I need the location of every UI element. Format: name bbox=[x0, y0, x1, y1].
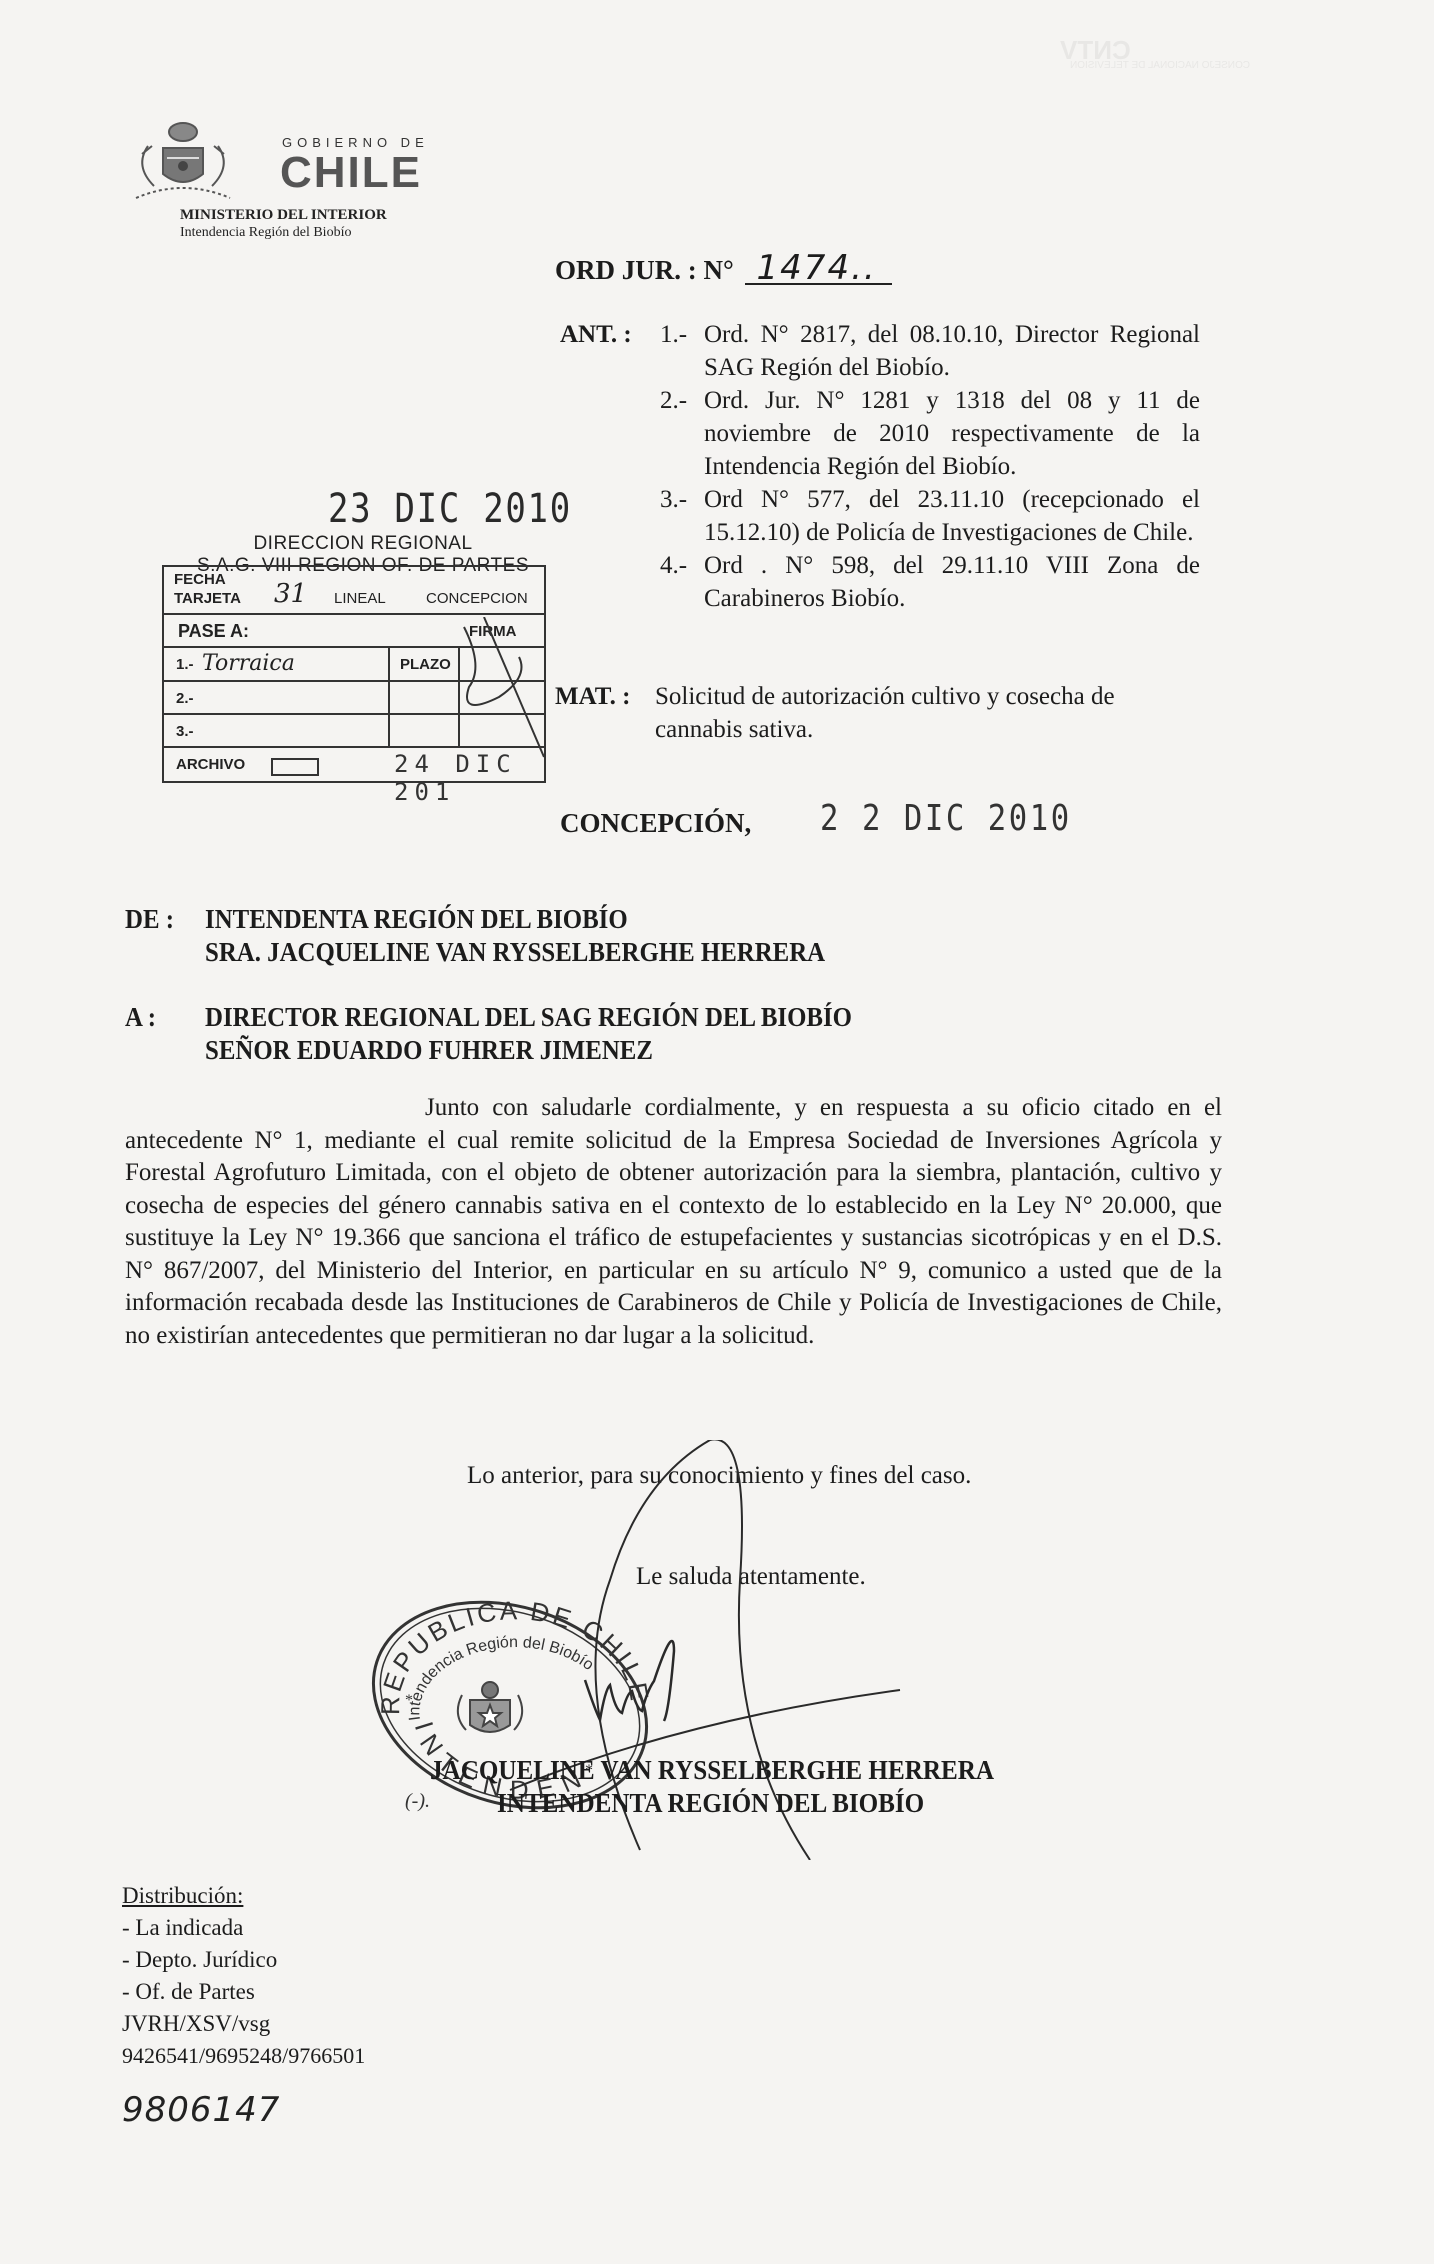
subject-block: MAT. : Solicitud de autorización cultivo… bbox=[555, 680, 1205, 746]
antecedent-item: 3.- Ord N° 577, del 23.11.10 (recepciona… bbox=[660, 483, 1200, 549]
distribution-item: - Of. de Partes bbox=[122, 1976, 365, 2008]
antecedent-text: Ord. N° 2817, del 08.10.10, Director Reg… bbox=[704, 318, 1200, 384]
distribution-item: - Depto. Jurídico bbox=[122, 1944, 365, 1976]
handwritten-number: 9806147 bbox=[122, 2090, 280, 2130]
ord-number-handwritten: 1474.. bbox=[745, 253, 892, 285]
svg-text:*: * bbox=[405, 1692, 413, 1709]
signatory-title: INTENDENTA REGIÓN DEL BIOBÍO bbox=[497, 1788, 924, 1819]
row3-label: 3.- bbox=[176, 723, 194, 740]
reception-stamp-box: FECHA TARJETA 31 LINEAL CONCEPCION PASE … bbox=[162, 565, 546, 783]
antecedent-text: Ord. Jur. N° 1281 y 1318 del 08 y 11 de … bbox=[704, 384, 1200, 483]
antecedent-number: 2.- bbox=[660, 384, 704, 483]
antecedent-item: 1.- Ord. N° 2817, del 08.10.10, Director… bbox=[660, 318, 1200, 384]
office-name: Intendencia Región del Biobío bbox=[180, 225, 351, 241]
lineal-label: LINEAL bbox=[334, 590, 386, 607]
stamp-divider bbox=[388, 648, 390, 748]
antecedents-label: ANT. : bbox=[560, 318, 660, 615]
antecedents-block: ANT. : 1.- Ord. N° 2817, del 08.10.10, D… bbox=[560, 318, 1200, 615]
distribution-item: - La indicada bbox=[122, 1912, 365, 1944]
stamp-initials-scribble bbox=[454, 617, 564, 767]
antecedent-number: 1.- bbox=[660, 318, 704, 384]
document-number-line: ORD JUR. : N° 1474.. bbox=[555, 253, 892, 286]
sender-block: DE : INTENDENTA REGIÓN DEL BIOBÍO SRA. J… bbox=[125, 903, 825, 969]
signatory-name: JACQUELINE VAN RYSSELBERGHE HERRERA bbox=[430, 1755, 994, 1786]
concepcion-label: CONCEPCION bbox=[426, 590, 528, 607]
antecedent-item: 2.- Ord. Jur. N° 1281 y 1318 del 08 y 11… bbox=[660, 384, 1200, 483]
reference-codes: 9426541/9695248/9766501 bbox=[122, 2040, 365, 2072]
tarjeta-handwritten: 31 bbox=[274, 579, 307, 609]
place-label: CONCEPCIÓN, bbox=[560, 808, 751, 839]
country-wordmark: CHILE bbox=[280, 148, 422, 198]
antecedent-text: Ord N° 577, del 23.11.10 (recepcionado e… bbox=[704, 483, 1200, 549]
bleed-through-text: CONSEJO NACIONAL DE TELEVISION bbox=[1070, 60, 1250, 71]
coat-of-arms-icon bbox=[128, 118, 238, 210]
recipient-label: A : bbox=[125, 1001, 205, 1067]
row2-label: 2.- bbox=[176, 690, 194, 707]
tarjeta-label: TARJETA bbox=[174, 590, 241, 607]
date-stamp: 2 2 DIC 2010 bbox=[820, 798, 1072, 839]
recipient-block: A : DIRECTOR REGIONAL DEL SAG REGIÓN DEL… bbox=[125, 1001, 852, 1067]
antecedent-number: 4.- bbox=[660, 549, 704, 615]
ministry-name: MINISTERIO DEL INTERIOR bbox=[180, 207, 387, 224]
recipient-line1: DIRECTOR REGIONAL DEL SAG REGIÓN DEL BIO… bbox=[205, 1001, 852, 1034]
reception-stamp-date: 23 DIC 2010 bbox=[328, 486, 572, 532]
pase-label: PASE A: bbox=[178, 621, 249, 642]
recipient-line2: SEÑOR EDUARDO FUHRER JIMENEZ bbox=[205, 1034, 852, 1067]
sender-line2: SRA. JACQUELINE VAN RYSSELBERGHE HERRERA bbox=[205, 936, 825, 969]
row1-label: 1.- bbox=[176, 656, 194, 673]
row1-handwritten: Torraica bbox=[202, 651, 295, 676]
sender-label: DE : bbox=[125, 903, 205, 969]
signature-mark: (-). bbox=[405, 1790, 430, 1813]
ord-label: ORD JUR. : N° bbox=[555, 255, 734, 285]
stamp-org-line1: DIRECCION REGIONAL bbox=[178, 533, 548, 555]
initials: JVRH/XSV/vsg bbox=[122, 2008, 365, 2040]
archivo-checkbox bbox=[271, 758, 319, 776]
plazo-label: PLAZO bbox=[400, 656, 451, 673]
antecedent-text: Ord . N° 598, del 29.11.10 VIII Zona de … bbox=[704, 549, 1200, 615]
antecedent-number: 3.- bbox=[660, 483, 704, 549]
stamp-row-fecha: FECHA TARJETA 31 LINEAL CONCEPCION bbox=[164, 567, 544, 615]
archivo-label: ARCHIVO bbox=[176, 756, 245, 773]
subject-label: MAT. : bbox=[555, 680, 655, 746]
body-paragraph: Junto con saludarle cordialmente, y en r… bbox=[125, 1092, 1222, 1352]
distribution-block: Distribución: - La indicada - Depto. Jur… bbox=[122, 1880, 365, 2072]
distribution-heading: Distribución: bbox=[122, 1880, 365, 1912]
subject-text: Solicitud de autorización cultivo y cose… bbox=[655, 680, 1205, 746]
fecha-label: FECHA bbox=[174, 571, 226, 588]
antecedent-item: 4.- Ord . N° 598, del 29.11.10 VIII Zona… bbox=[660, 549, 1200, 615]
sender-line1: INTENDENTA REGIÓN DEL BIOBÍO bbox=[205, 903, 825, 936]
